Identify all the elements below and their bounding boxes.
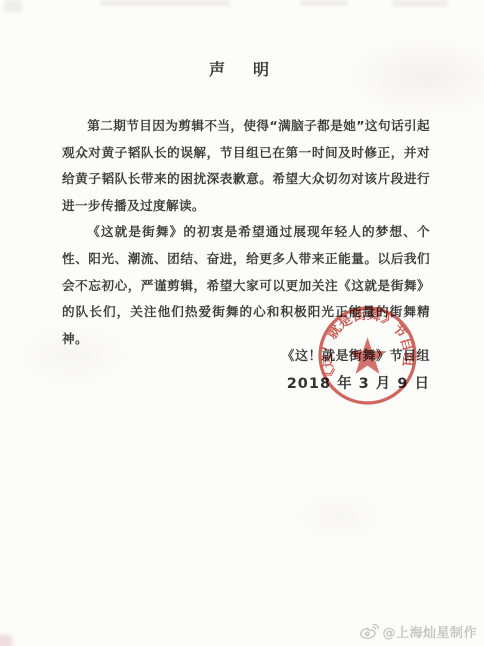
document-page: 声 明 第二期节目因为剪辑不当，使得“满脑子都是她”这句话引起观众对黄子韬队长的… [0, 0, 484, 646]
scan-smudge [0, 635, 12, 646]
signature-block: 《这！就是街舞》节目组 2018 年 3 月 9 日 [62, 347, 430, 393]
statement-body: 第二期节目因为剪辑不当，使得“满脑子都是她”这句话引起观众对黄子韬队长的误解，节… [62, 113, 430, 352]
scan-artifact [4, 0, 22, 12]
date-line: 2018 年 3 月 9 日 [62, 375, 430, 393]
scan-artifact [392, 0, 448, 7]
scan-artifact [300, 0, 348, 6]
statement-paragraph-2: 《这就是街舞》的初衷是希望通过展现年轻人的梦想、个性、阳光、潮流、团结、奋进，给… [62, 219, 430, 352]
weibo-icon [359, 623, 379, 640]
page-title: 声 明 [0, 57, 484, 80]
statement-paragraph-1: 第二期节目因为剪辑不当，使得“满脑子都是她”这句话引起观众对黄子韬队长的误解，节… [62, 113, 430, 219]
weibo-watermark: @上海灿星制作 [359, 622, 477, 641]
signature-line: 《这！就是街舞》节目组 [62, 347, 430, 367]
scan-artifact [100, 0, 230, 6]
watermark-text: @上海灿星制作 [382, 622, 477, 641]
